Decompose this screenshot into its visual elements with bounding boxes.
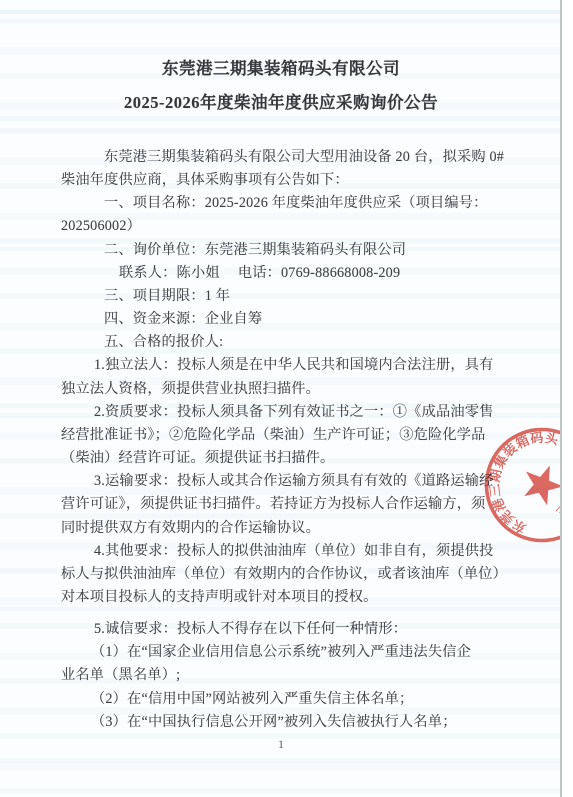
document-body: 东莞港三期集装箱码头有限公司大型用油设备 20 台，拟采购 0# 柴油年度供应商… — [61, 146, 497, 734]
body-line: （2）在“信用中国”网站被列入严重失信主体名单； — [61, 688, 497, 711]
body-line: 营许可证》，须提供证书扫描件。若持证方为投标人合作运输方，须 — [61, 493, 497, 516]
body-line: 5.诚信要求：投标人不得存在以下任何一种情形： — [61, 618, 497, 641]
page-number: 1 — [0, 737, 562, 752]
body-line: （3）在“中国执行信息公开网”被列入失信被执行人名单； — [61, 711, 497, 734]
scan-streak — [0, 10, 562, 14]
body-line: 对本项目投标人的支持声明或针对本项目的授权。 — [61, 586, 497, 609]
body-line: 3.运输要求：投标人或其合作运输方须具有有效的《道路运输经 — [61, 470, 497, 493]
body-line: （柴油）经营许可证。须提供证书扫描件。 — [61, 447, 497, 470]
body-line: 二、询价单位：东莞港三期集装箱码头有限公司 — [61, 239, 497, 262]
document-page: 东莞港三期集装箱码头有限公司 2025-2026年度柴油年度供应采购询价公告 东… — [0, 0, 562, 797]
seal-star-icon — [513, 456, 562, 511]
body-line: 业名单（黑名单）; — [61, 664, 497, 687]
body-line: 202506002） — [61, 215, 497, 238]
scan-streak — [0, 116, 562, 121]
body-line-contact: 联系人：陈小姐 电话：0769-88668008-209 — [61, 262, 497, 285]
document-title-announcement: 2025-2026年度柴油年度供应采购询价公告 — [0, 89, 562, 113]
body-line: 东莞港三期集装箱码头有限公司大型用油设备 20 台，拟采购 0# — [61, 146, 497, 169]
body-line: 柴油年度供应商，具体采购事项有公告如下： — [61, 169, 497, 192]
body-line: 同时提供双方有效期内的合作运输协议。 — [61, 517, 497, 540]
body-line: 五、合格的报价人: — [61, 331, 497, 354]
scanned-document: { "doc": { "title_line1": "东莞港三期集装箱码头有限公… — [0, 0, 573, 797]
body-line: 标人与拟供油油库（单位）有效期内的合作协议，或者该油库（单位） — [61, 563, 497, 586]
body-line: 独立法人资格，须提供营业执照扫描件。 — [61, 378, 497, 401]
seal-inner-label: 三期 — [553, 491, 562, 519]
body-line: 经营批准证书》；②危险化学品（柴油）生产许可证；③危险化学品 — [61, 424, 497, 447]
body-line: 4.其他要求：投标人的拟供油油库（单位）如非自有，须提供投 — [61, 540, 497, 563]
body-line: （1）在“国家企业信用信息公示系统”被列入严重违法失信企 — [61, 641, 497, 664]
body-line: 三、项目期限：1 年 — [61, 285, 497, 308]
scan-streak — [0, 758, 562, 763]
body-line: 一、项目名称：2025-2026 年度柴油年度供应采（项目编号： — [61, 192, 497, 215]
document-title-company: 东莞港三期集装箱码头有限公司 — [0, 55, 562, 79]
body-line: 四、资金来源：企业自筹 — [61, 308, 497, 331]
body-line: 2.资质要求：投标人须具备下列有效证书之一：①《成品油零售 — [61, 401, 497, 424]
body-line: 1.独立法人：投标人须是在中华人民共和国境内合法注册，具有 — [61, 354, 497, 377]
company-seal-stamp: 东莞港三期集装箱码头有限公司 三期 — [467, 410, 562, 560]
